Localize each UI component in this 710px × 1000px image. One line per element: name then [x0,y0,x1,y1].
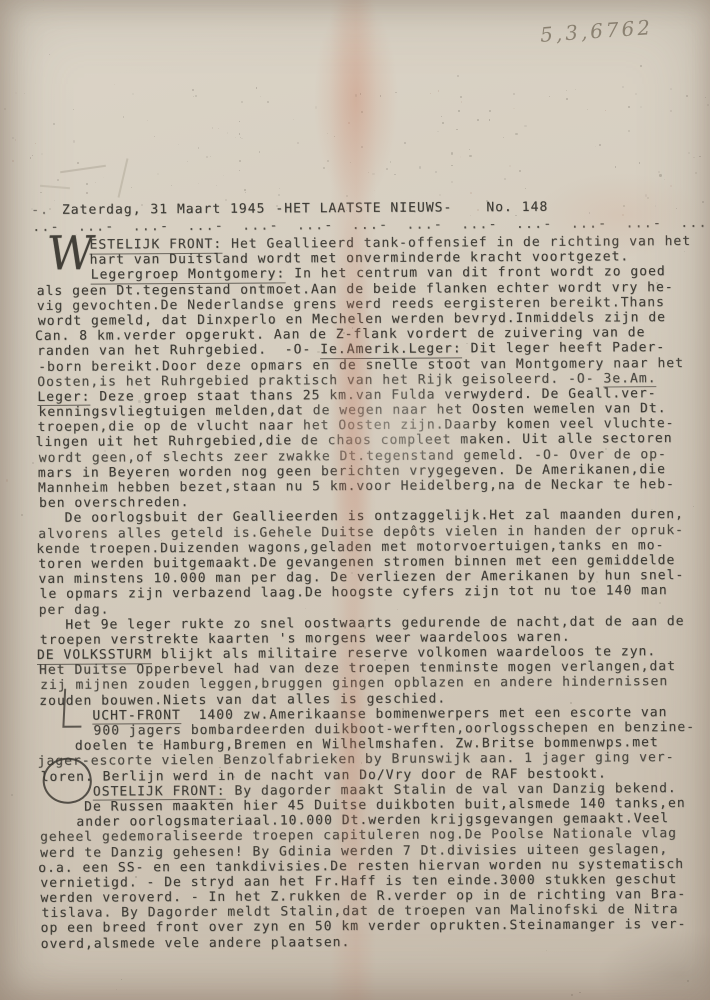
text-segment: Dit leger heeft Pader- [462,340,666,356]
text-segment [38,268,91,283]
dotted-separator-rule: ..- ...- ...- ...- ...- ...- ...- ...- .… [32,216,707,235]
masthead-issue-number: No. 148 [486,200,548,216]
text-segment: Oosten,is het Ruhrgebied praktisch van h… [37,371,603,389]
text-segment: In het centrum van dit front wordt zo go… [285,264,665,281]
text-line: overd,alsmede vele andere plaatsen. [41,933,696,952]
article-body: ESTELIJK FRONT: Het Geallieerd tank-offe… [36,234,695,952]
underlined-heading: OSTELIJK FRONT: [93,784,226,801]
text-segment: per dag. [39,602,110,617]
underlined-heading: ESTELIJK FRONT: [89,237,222,254]
text-segment [39,708,92,723]
text-segment [40,784,93,799]
text-segment: By dagorder maakt Stalin de val van Danz… [226,781,677,799]
text-segment: Het Geallieerd tank-offensief in de rich… [222,234,691,252]
text-segment [36,238,89,253]
masthead-title: -HET LAATSTE NIEUWS- [275,200,452,216]
underlined-heading: 3e.Am. [603,371,656,388]
masthead-date: Zaterdag, 31 Maart 1945 [62,202,266,218]
underlined-heading: Legergroep Montgomery: [91,267,286,285]
text-segment: ben overschreden. [39,495,189,511]
scanned-newspaper-page: 5,3,6762 -. Zaterdag, 31 Maart 1945 -HET… [0,0,710,1000]
text-segment: randen van het Ruhrgebied. -O- [37,343,320,360]
margin-dash-mark: -. [31,203,49,218]
typewritten-text-block: -. Zaterdag, 31 Maart 1945 -HET LAATSTE … [0,0,710,1000]
masthead: -. Zaterdag, 31 Maart 1945 -HET LAATSTE … [31,200,548,218]
text-segment: overd,alsmede vele andere plaatsen. [41,935,351,952]
